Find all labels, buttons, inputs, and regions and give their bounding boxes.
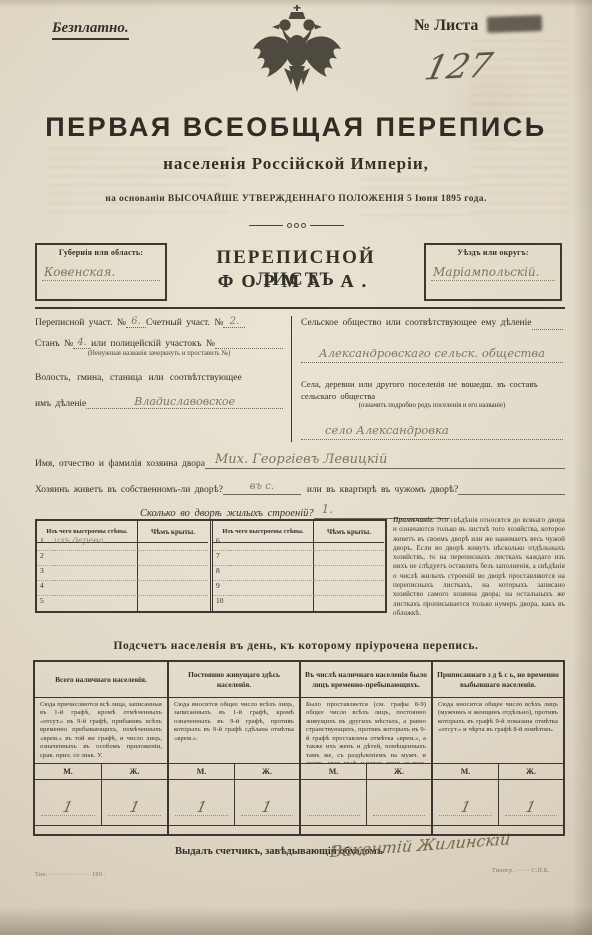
female-header: Ж. [234, 764, 299, 779]
divider-ornament [0, 223, 592, 228]
mf-value-row: 1 1 [433, 780, 563, 826]
volost-value-handwritten: Владиславовское [134, 395, 235, 408]
group-title: Приписаннаго з д ѣ с ь, но временно выбы… [433, 662, 563, 698]
village-value-handwritten: село Александровка [325, 423, 449, 437]
row-number: 3 [37, 566, 54, 581]
count-group-absent: Приписаннаго з д ѣ с ь, но временно выбы… [431, 662, 563, 834]
female-header: Ж. [101, 764, 167, 779]
female-header: Ж. [498, 764, 563, 779]
owner-residence-line: Хозяинъ живетъ въ собственномъ-ли дворѣ?… [35, 476, 565, 495]
volost-line2: имъ дѣленіе Владиславовское [35, 395, 283, 409]
roof-cell [314, 551, 384, 566]
roof-cell [138, 566, 208, 581]
walls-cell: изъ дерева [54, 536, 138, 551]
walls-cell [230, 581, 314, 596]
society-blank [532, 329, 564, 330]
society-value-handwritten: Александровскаго сельск. общества [319, 346, 545, 360]
uezd-label: Уѣздъ или округъ: [431, 248, 555, 257]
strike-out-note: (Ненужныя названія зачеркнуть и простави… [35, 350, 283, 357]
group-title: Постоянно живущаго здѣсь населенія. [169, 662, 299, 698]
police-uchastok-blank [215, 348, 283, 349]
perepisnoy-uchastok-value: 6. [126, 316, 146, 328]
row-number: 1 [37, 536, 54, 551]
owner-name-line: Имя, отчество и фамилія хозяина двора Ми… [35, 450, 565, 469]
stan-label: Станъ № [35, 339, 73, 349]
owner-name-handwritten: Мих. Георгіевъ Левицкій [215, 452, 387, 467]
gubernia-label: Губернія или область: [42, 248, 160, 257]
village-label-line1: Села, деревни или другого поселенія не в… [301, 379, 563, 402]
gubernia-value-handwritten: Ковенская. [42, 265, 160, 281]
page-subtitle: населенія Россійской Имперіи, [0, 154, 592, 174]
rented-blank [458, 494, 565, 495]
uchastok-line: Переписной участ. № 6. Счетный участ. № … [35, 316, 283, 328]
bottom-strip [169, 826, 299, 834]
buildings-count-handwritten: 1. [322, 502, 333, 516]
walls-cell [230, 596, 314, 611]
group-desc: Сюда вносится общее число всѣхъ лицъ (му… [433, 698, 563, 764]
census-form-page: Безплатно. № Листа 127 ПЕРВАЯ ВСЕОБЩАЯ П… [0, 0, 592, 935]
sheet-number-label: № Листа [414, 17, 478, 35]
row-number: 8 [213, 566, 230, 581]
walls-cell [230, 536, 314, 551]
mf-value-row [301, 780, 431, 826]
sheet-number-handwritten: 127 [421, 45, 496, 88]
buildings-count-label: Сколько во дворѣ жилыхъ строеній? [140, 508, 314, 519]
male-header: М. [169, 764, 234, 779]
volost-label: имъ дѣленіе [35, 399, 86, 409]
owner-name-label: Имя, отчество и фамилія хозяина двора [35, 459, 205, 469]
row-number: 9 [213, 581, 230, 596]
male-value-handwritten: 1 [61, 798, 74, 816]
form-title-line2: ФОРМА А. [185, 271, 407, 292]
own-house-blank: въ с. [223, 476, 301, 495]
roof-cell [138, 536, 208, 551]
row-number: 5 [37, 596, 54, 611]
roof-cell [314, 536, 384, 551]
population-count-table: Всего наличнаго населенія. Сюда причисля… [33, 660, 565, 836]
mf-header-row: М. Ж. [35, 764, 167, 780]
right-fields-column: Сельское общество или соотвѣтствующее ем… [301, 316, 563, 440]
male-value-handwritten: 1 [459, 798, 472, 816]
group-title: Всего наличнаго населенія. [35, 662, 167, 698]
schetny-uchastok-value: 2. [223, 316, 245, 328]
mf-header-row: М. Ж. [433, 764, 563, 780]
count-group-permanent: Постоянно живущаго здѣсь населенія. Сюда… [167, 662, 299, 834]
walls-cell [54, 566, 138, 581]
note-title: Примѣчаніе. [393, 516, 434, 524]
village-label-line2: (означить подробно родъ поселенія и его … [301, 402, 563, 409]
roof-cell [138, 581, 208, 596]
police-uchastok-label: или полицейскій участокъ № [91, 339, 215, 349]
walls-cell [54, 551, 138, 566]
left-fields-column: Переписной участ. № 6. Счетный участ. № … [35, 316, 283, 409]
row-number: 10 [213, 596, 230, 611]
gubernia-box: Губернія или область: Ковенская. [35, 243, 167, 301]
page-title: ПЕРВАЯ ВСЕОБЩАЯ ПЕРЕПИСЬ [0, 112, 592, 143]
horizontal-rule [35, 307, 565, 309]
mf-value-row: 1 1 [35, 780, 167, 826]
roof-cell [314, 581, 384, 596]
printer-imprint-right: Типогр. ······ С.П.Б. [492, 868, 549, 874]
scan-edge-bottom [0, 907, 592, 935]
female-value-handwritten: 1 [524, 798, 537, 816]
volost-line1: Волость, гмина, станица или соотвѣтствую… [35, 373, 283, 383]
own-house-answer: въ с. [250, 481, 274, 492]
female-value-handwritten: 1 [260, 798, 273, 816]
scan-edge-right [572, 0, 592, 935]
printer-imprint-left: Тип. ············ ····· 189 · [35, 872, 106, 878]
male-value-handwritten: 1 [195, 798, 208, 816]
schetny-uchastok-label: Счетный участ. № [146, 318, 224, 328]
row-number: 4 [37, 581, 54, 596]
male-header: М. [433, 764, 498, 779]
imperial-eagle-icon [249, 4, 345, 106]
free-of-charge-label: Безплатно. [52, 20, 129, 40]
own-house-question: Хозяинъ живетъ въ собственномъ-ли дворѣ? [35, 485, 223, 495]
buildings-table-left: Изъ чего выстроены стѣны. Чѣмъ крыты. 1 … [37, 521, 210, 611]
roof-cell [138, 551, 208, 566]
note-body: Эти свѣдѣнія относятся до всякаго двора … [393, 516, 565, 617]
count-section-title: Подсчетъ населенія въ день, къ которому … [0, 640, 592, 652]
row-number: 2 [37, 551, 54, 566]
note-paragraph: Примѣчаніе. Эти свѣдѣнія относятся до вс… [393, 516, 565, 618]
perepisnoy-uchastok-label: Переписной участ. № [35, 318, 126, 328]
bottom-strip [301, 826, 431, 834]
row-number: 6 [213, 536, 230, 551]
bottom-strip [35, 826, 167, 834]
society-value-line: Александровскаго сельск. общества [301, 344, 563, 363]
uezd-box: Уѣздъ или округъ: Маріампольскій. [424, 243, 562, 301]
scan-edge-top [0, 0, 592, 8]
society-line: Сельское общество или соотвѣтствующее ем… [301, 316, 563, 330]
uezd-value-handwritten: Маріампольскій. [431, 265, 555, 281]
stan-value: 4. [73, 337, 91, 349]
group-desc: Было проставляется (см. графы 8-9) общее… [301, 698, 431, 764]
walls-entry-handwritten: изъ дерева [54, 536, 103, 546]
village-value-line: село Александровка [301, 421, 563, 440]
legal-basis-line: на основаніи ВЫСОЧАЙШЕ УТВЕРЖДЕННАГО ПОЛ… [0, 194, 592, 204]
column-divider [291, 316, 292, 442]
male-header: М. [301, 764, 366, 779]
volost-blank: Владиславовское [86, 395, 283, 409]
female-value-handwritten: 1 [128, 798, 141, 816]
ink-smudge-stamp [487, 15, 543, 33]
society-label: Сельское общество или соотвѣтствующее ем… [301, 316, 532, 330]
male-header: М. [35, 764, 101, 779]
buildings-table-right: Изъ чего выстроены стѣны. Чѣмъ крыты. 6 … [210, 521, 383, 611]
walls-cell [230, 551, 314, 566]
count-group-present: Всего наличнаго населенія. Сюда причисля… [35, 662, 167, 834]
walls-cell [54, 596, 138, 611]
row-number: 7 [213, 551, 230, 566]
mf-value-row: 1 1 [169, 780, 299, 826]
roof-cell [314, 566, 384, 581]
stan-line: Станъ № 4. или полицейскій участокъ № [35, 337, 283, 349]
group-desc: Сюда вносится общее число всѣхъ лицъ, за… [169, 698, 299, 764]
group-title: Въ числѣ наличнаго населенія было лицъ в… [301, 662, 431, 698]
count-group-temporary: Въ числѣ наличнаго населенія было лицъ в… [299, 662, 431, 834]
buildings-table: Изъ чего выстроены стѣны. Чѣмъ крыты. 1 … [35, 519, 387, 613]
owner-name-blank: Мих. Георгіевъ Левицкій [205, 450, 565, 469]
roof-cell [138, 596, 208, 611]
mf-header-row: М. Ж. [301, 764, 431, 780]
walls-cell [230, 566, 314, 581]
rented-question: или въ квартирѣ въ чужомъ дворѣ? [301, 485, 458, 495]
mf-header-row: М. Ж. [169, 764, 299, 780]
roof-cell [314, 596, 384, 611]
female-header: Ж. [366, 764, 431, 779]
group-desc: Сюда причисляются всѣ лица, записанныя в… [35, 698, 167, 764]
walls-cell [54, 581, 138, 596]
